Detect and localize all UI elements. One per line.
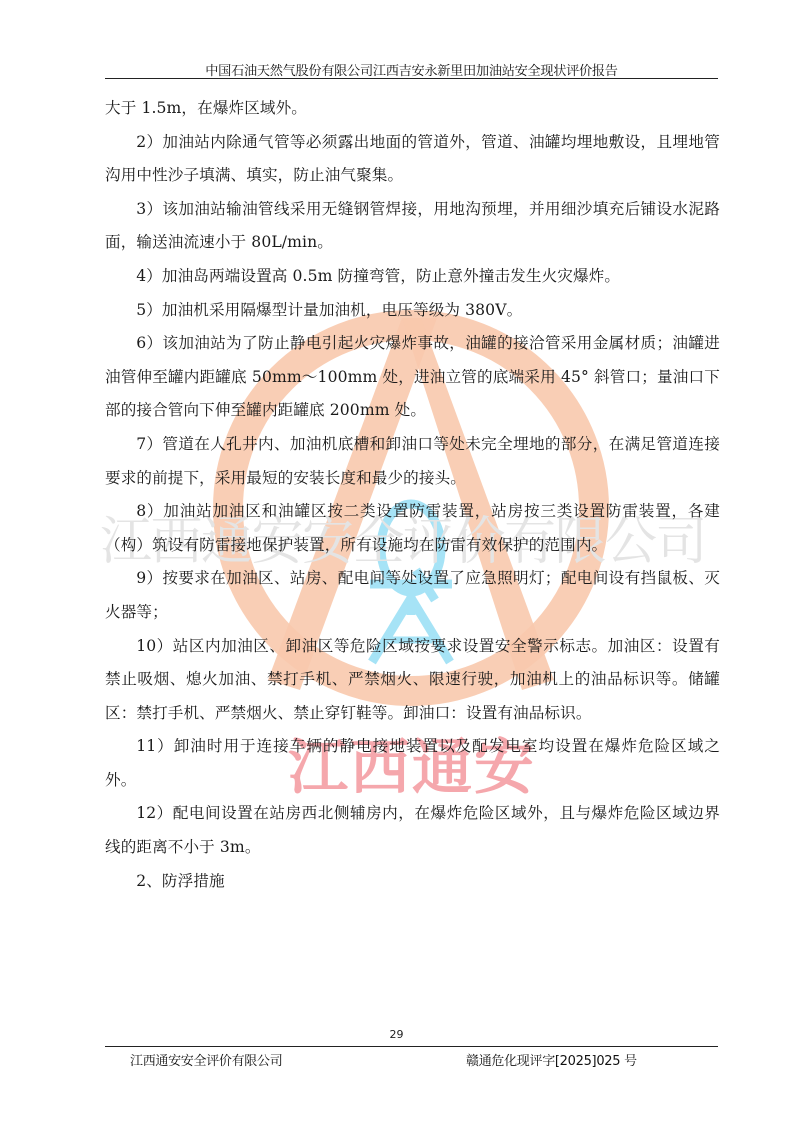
header-divider xyxy=(105,78,718,79)
paragraph-item-8: 8）加油站加油区和油罐区按二类设置防雷装置，站房按三类设置防雷装置，各建（构）筑… xyxy=(105,495,720,562)
paragraph-item-11: 11）卸油时用于连接车辆的静电接地装置以及配发电室均设置在爆炸危险区域之外。 xyxy=(105,730,720,797)
page-number: 29 xyxy=(0,1028,793,1041)
footer-document-number: 赣通危化现评字[2025]025 号 xyxy=(466,1050,637,1069)
paragraph-item-10: 10）站区内加油区、卸油区等危险区域按要求设置安全警示标志。加油区：设置有禁止吸… xyxy=(105,630,720,731)
document-page: 江西通安安全评价有限公司 江西通安 中国石油天然气股份有限公司江西吉安永新里田加… xyxy=(0,0,793,1122)
running-header-title: 中国石油天然气股份有限公司江西吉安永新里田加油站安全现状评价报告 xyxy=(105,60,718,79)
paragraph-continuation: 大于 1.5m，在爆炸区域外。 xyxy=(105,92,720,126)
footer-company-name: 江西通安安全评价有限公司 xyxy=(130,1050,282,1069)
section-heading-anti-float: 2、防浮措施 xyxy=(105,865,720,899)
paragraph-item-2: 2）加油站内除通气管等必须露出地面的管道外，管道、油罐均埋地敷设，且埋地管沟用中… xyxy=(105,126,720,193)
paragraph-item-4: 4）加油岛两端设置高 0.5m 防撞弯管，防止意外撞击发生火灾爆炸。 xyxy=(105,260,720,294)
paragraph-item-3: 3）该加油站输油管线采用无缝钢管焊接，用地沟预埋，并用细沙填充后铺设水泥路面，输… xyxy=(105,193,720,260)
paragraph-item-12: 12）配电间设置在站房西北侧辅房内，在爆炸危险区域外，且与爆炸危险区域边界线的距… xyxy=(105,797,720,864)
body-content: 大于 1.5m，在爆炸区域外。 2）加油站内除通气管等必须露出地面的管道外，管道… xyxy=(105,92,720,898)
footer-divider xyxy=(105,1046,718,1047)
paragraph-item-9: 9）按要求在加油区、站房、配电间等处设置了应急照明灯；配电间设有挡鼠板、灭火器等… xyxy=(105,562,720,629)
paragraph-item-7: 7）管道在人孔井内、加油机底槽和卸油口等处未完全埋地的部分，在满足管道连接要求的… xyxy=(105,428,720,495)
paragraph-item-6: 6）该加油站为了防止静电引起火灾爆炸事故，油罐的接洽管采用金属材质；油罐进油管伸… xyxy=(105,327,720,428)
paragraph-item-5: 5）加油机采用隔爆型计量加油机，电压等级为 380V。 xyxy=(105,294,720,328)
